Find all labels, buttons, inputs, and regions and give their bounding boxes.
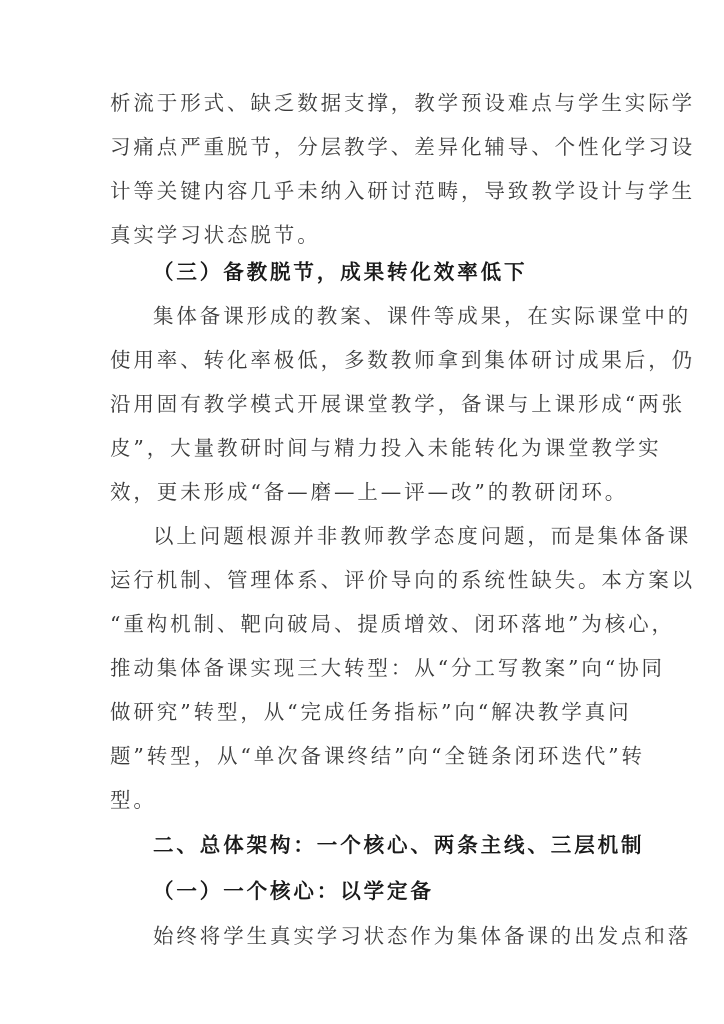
paragraph-line: 真实学习状态脱节。 bbox=[110, 220, 610, 250]
paragraph-line: 使用率、转化率极低，多数教师拿到集体研讨成果后，仍 bbox=[110, 345, 610, 375]
paragraph-line: 计等关键内容几乎未纳入研讨范畴，导致教学设计与学生 bbox=[110, 176, 610, 206]
paragraph-line: 推动集体备课实现三大转型：从“分工写教案”向“协同 bbox=[110, 653, 610, 683]
paragraph-line: 效，更未形成“备—磨—上—评—改”的教研闭环。 bbox=[110, 477, 610, 507]
paragraph-line: 运行机制、管理体系、评价导向的系统性缺失。本方案以 bbox=[110, 565, 610, 595]
paragraph-line: 做研究”转型，从“完成任务指标”向“解决教学真问 bbox=[110, 697, 610, 727]
section-heading: （三）备教脱节，成果转化效率低下 bbox=[153, 257, 653, 287]
paragraph-line: 题”转型，从“单次备课终结”向“全链条闭环迭代”转 bbox=[110, 741, 610, 771]
paragraph-line: 集体备课形成的教案、课件等成果，在实际课堂中的 bbox=[153, 301, 653, 331]
paragraph-line: 析流于形式、缺乏数据支撑，教学预设难点与学生实际学 bbox=[110, 88, 610, 118]
section-heading: （一）一个核心：以学定备 bbox=[153, 876, 653, 906]
paragraph-line: “重构机制、靶向破局、提质增效、闭环落地”为核心， bbox=[110, 609, 610, 639]
paragraph-line: 沿用固有教学模式开展课堂教学，备课与上课形成“两张 bbox=[110, 389, 610, 419]
paragraph-line: 以上问题根源并非教师教学态度问题，而是集体备课 bbox=[153, 521, 653, 551]
paragraph-line: 型。 bbox=[110, 785, 610, 815]
paragraph-line: 皮”，大量教研时间与精力投入未能转化为课堂教学实 bbox=[110, 433, 610, 463]
paragraph-line: 始终将学生真实学习状态作为集体备课的出发点和落 bbox=[153, 921, 653, 951]
chapter-heading: 二、总体架构：一个核心、两条主线、三层机制 bbox=[153, 830, 653, 860]
paragraph-line: 习痛点严重脱节，分层教学、差异化辅导、个性化学习设 bbox=[110, 132, 610, 162]
document-page: 析流于形式、缺乏数据支撑，教学预设难点与学生实际学 习痛点严重脱节，分层教学、差… bbox=[0, 0, 724, 1024]
